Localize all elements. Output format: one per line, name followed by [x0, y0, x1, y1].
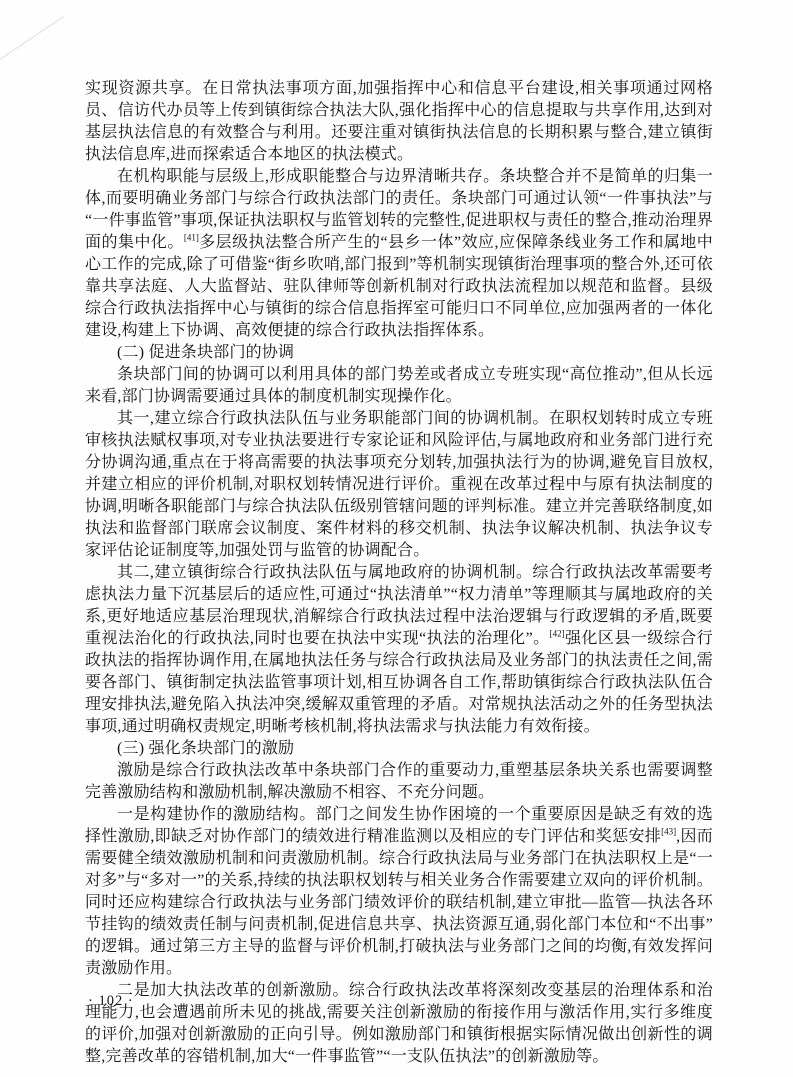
paragraph: 其一,建立综合行政执法队伍与业务职能部门间的协调机制。在职权划转时成立专班审核执…	[85, 408, 713, 562]
footnote-ref: [41]	[184, 233, 199, 243]
page-number: · 102 ·	[88, 993, 134, 1010]
scan-edge-artifact	[0, 16, 64, 60]
paragraph: 一是构建协作的激励结构。部门之间发生协作困境的一个重要原因是缺乏有效的选择性激励…	[85, 804, 713, 980]
document-body: 实现资源共享。在日常执法事项方面,加强指挥中心和信息平台建设,相关事项通过网格员…	[85, 78, 713, 1068]
paragraph: 激励是综合行政执法改革中条块部门合作的重要动力,重塑基层条块关系也需要调整完善激…	[85, 760, 713, 804]
footnote-ref: [42]	[550, 629, 565, 639]
document-page: 实现资源共享。在日常执法事项方面,加强指挥中心和信息平台建设,相关事项通过网格员…	[0, 0, 793, 1077]
paragraph: 在机构职能与层级上,形成职能整合与边界清晰共存。条块整合并不是简单的归集一体,而…	[85, 166, 713, 342]
footnote-ref: [43]	[661, 827, 676, 837]
paragraph: 实现资源共享。在日常执法事项方面,加强指挥中心和信息平台建设,相关事项通过网格员…	[85, 78, 713, 166]
section-heading: (三) 强化条块部门的激励	[85, 738, 713, 760]
section-heading: (二) 促进条块部门的协调	[85, 342, 713, 364]
paragraph: 二是加大执法改革的创新激励。综合行政执法改革将深刻改变基层的治理体系和治理能力,…	[85, 980, 713, 1068]
paragraph: 其二,建立镇街综合行政执法队伍与属地政府的协调机制。综合行政执法改革需要考虑执法…	[85, 562, 713, 738]
paragraph: 条块部门间的协调可以利用具体的部门势差或者成立专班实现“高位推动”,但从长远来看…	[85, 364, 713, 408]
